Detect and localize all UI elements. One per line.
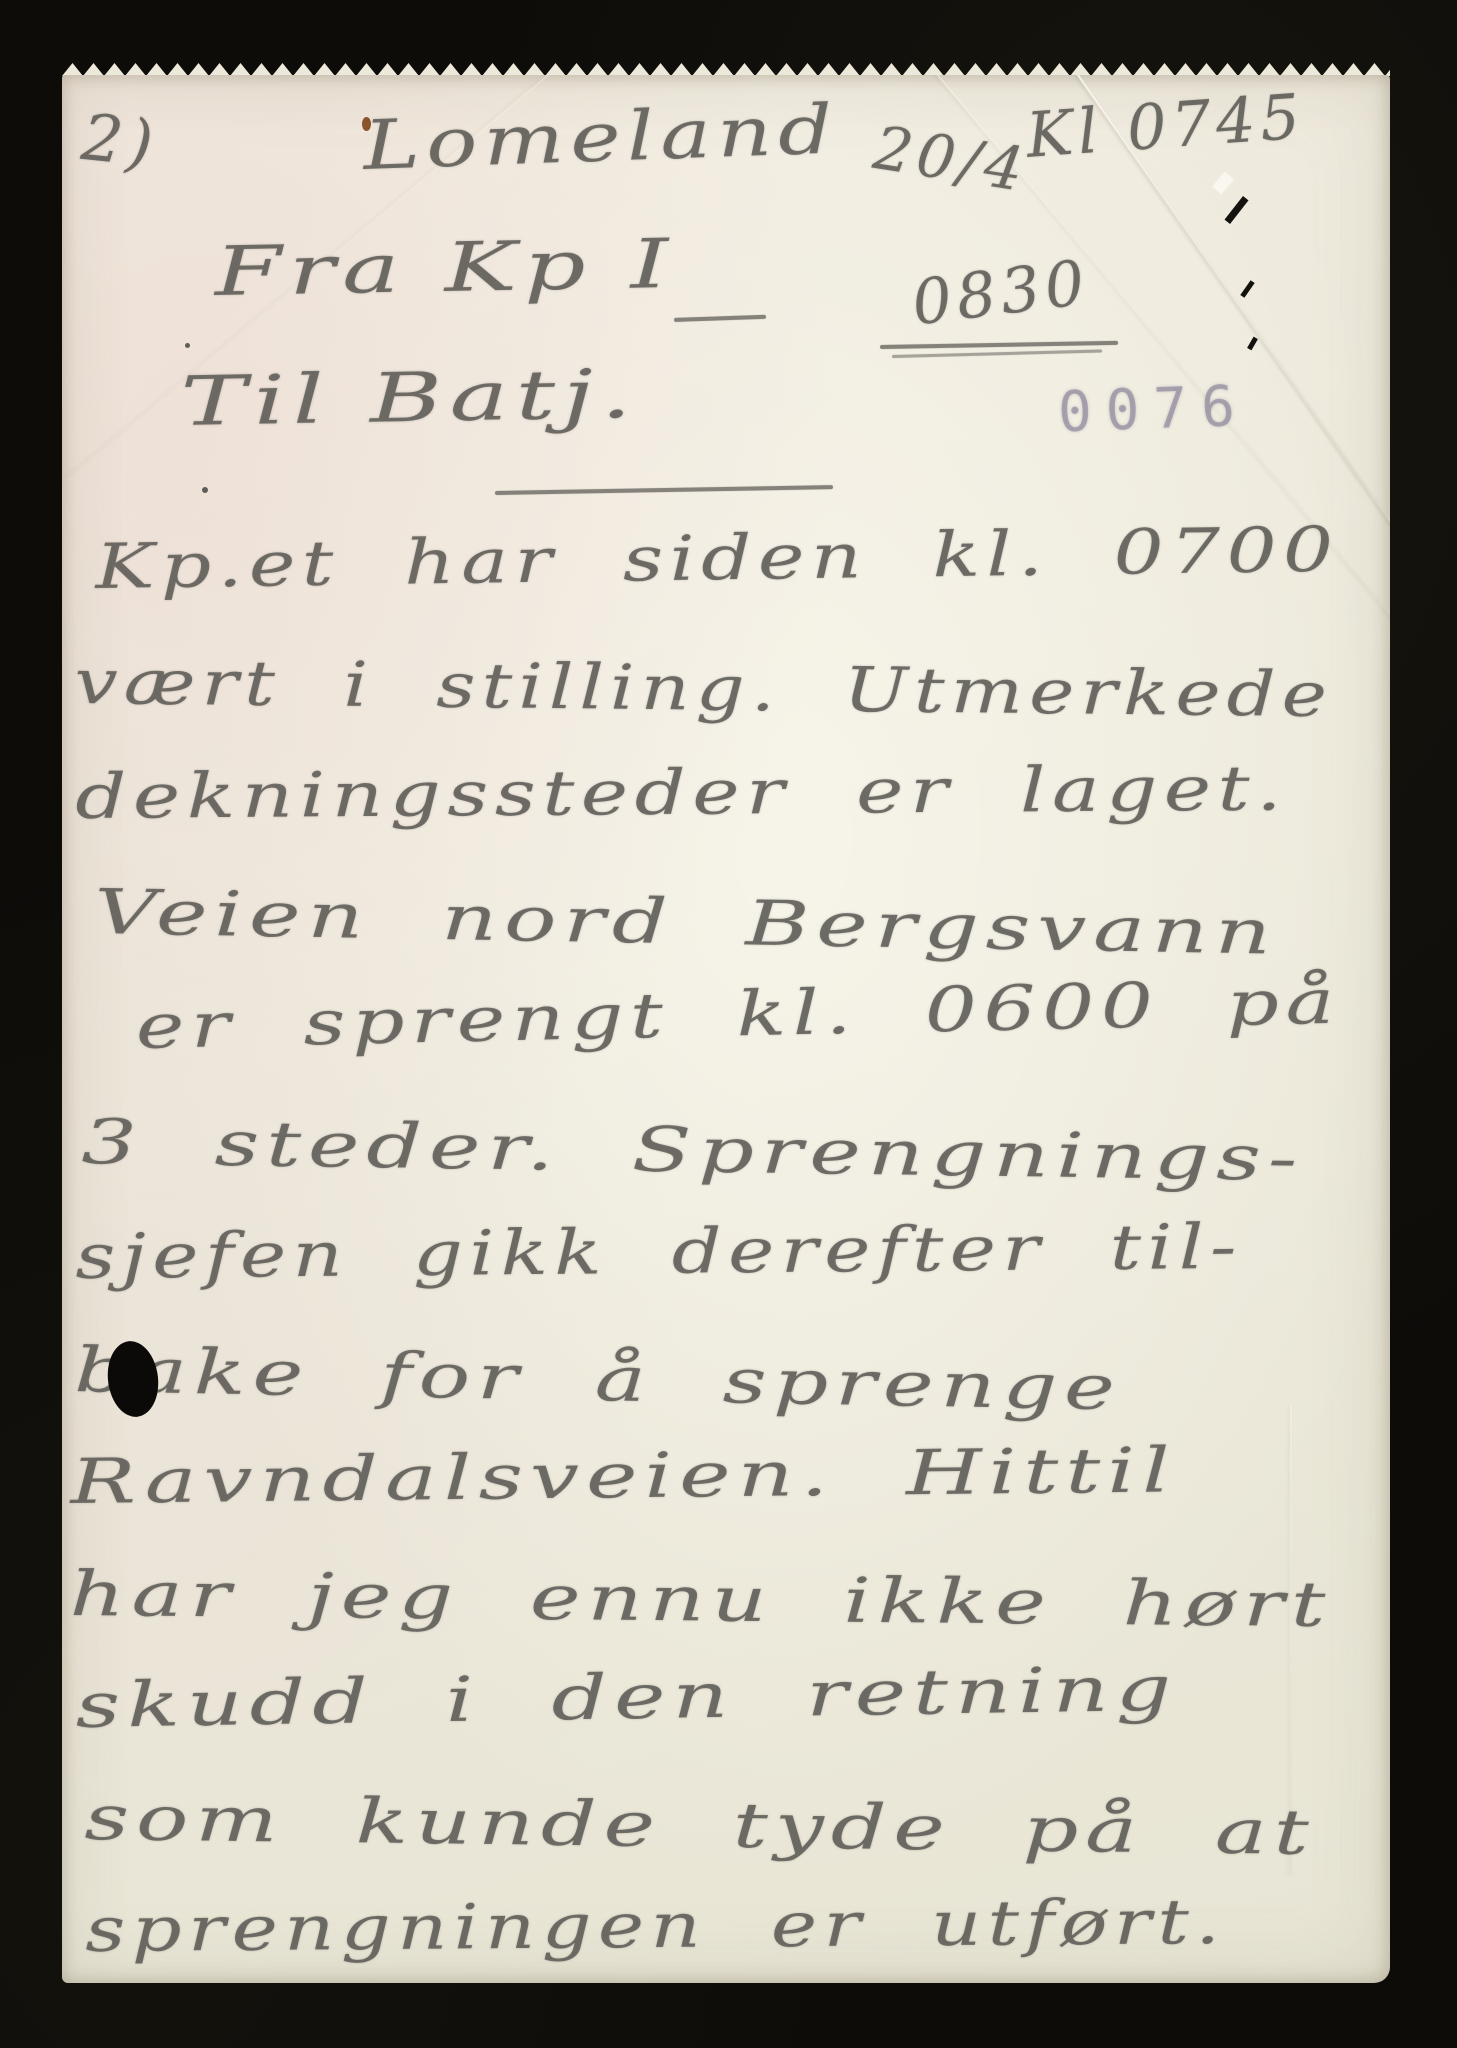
underline-received-time xyxy=(880,341,1118,349)
handwritten-line: Ravndalsveien. Hittil xyxy=(70,1433,1177,1518)
handwritten-line: dekningssteder er laget. xyxy=(75,752,1288,833)
scanned-photo: 2) Lomeland 20/4 Kl 0745 Fra Kp I 0830 T… xyxy=(0,0,1457,2048)
header-time: Kl 0745 xyxy=(1024,80,1307,172)
pencil-mark xyxy=(202,487,208,493)
paper-tear-mark xyxy=(1225,196,1249,224)
handwritten-line: som kunde tyde på at xyxy=(84,1781,1316,1869)
header-date: 20/4 xyxy=(869,113,1033,206)
handwritten-line: Kp.et har siden kl. 0700 xyxy=(95,513,1340,603)
pencil-mark xyxy=(185,343,190,348)
received-time: 0830 xyxy=(908,245,1093,339)
perforated-edge xyxy=(62,62,1390,76)
archive-number-stamp: 0076 xyxy=(1057,374,1250,446)
paper-tear-mark xyxy=(1212,171,1234,194)
handwritten-line: er sprengt kl. 0600 på xyxy=(135,965,1342,1063)
paper-tear-mark xyxy=(1240,280,1254,298)
from-line: Fra Kp I xyxy=(214,225,676,312)
paper-tear-mark xyxy=(1247,337,1258,351)
page-number: 2) xyxy=(78,101,161,183)
handwritten-note-paper: 2) Lomeland 20/4 Kl 0745 Fra Kp I 0830 T… xyxy=(62,75,1390,1983)
handwritten-line: har jeg ennu ikke hørt xyxy=(69,1557,1332,1641)
handwritten-line: 3 steder. Sprengnings- xyxy=(81,1105,1305,1195)
handwritten-line: sjefen gikk derefter til- xyxy=(75,1210,1243,1293)
handwritten-line: vært i stilling. Utmerkede xyxy=(74,645,1333,731)
to-line: Til Batj. xyxy=(180,355,640,442)
handwritten-line: sprengningen er utført. xyxy=(85,1885,1227,1966)
header-place: Lomeland xyxy=(362,90,840,186)
handwritten-line: bake for å sprenge xyxy=(74,1333,1123,1424)
underline-to xyxy=(495,485,833,495)
underline-received-time xyxy=(892,350,1102,358)
handwritten-line: Veien nord Bergsvann xyxy=(94,875,1279,969)
underline-from-unit xyxy=(674,315,766,322)
handwritten-line: skudd i den retning xyxy=(75,1652,1179,1742)
